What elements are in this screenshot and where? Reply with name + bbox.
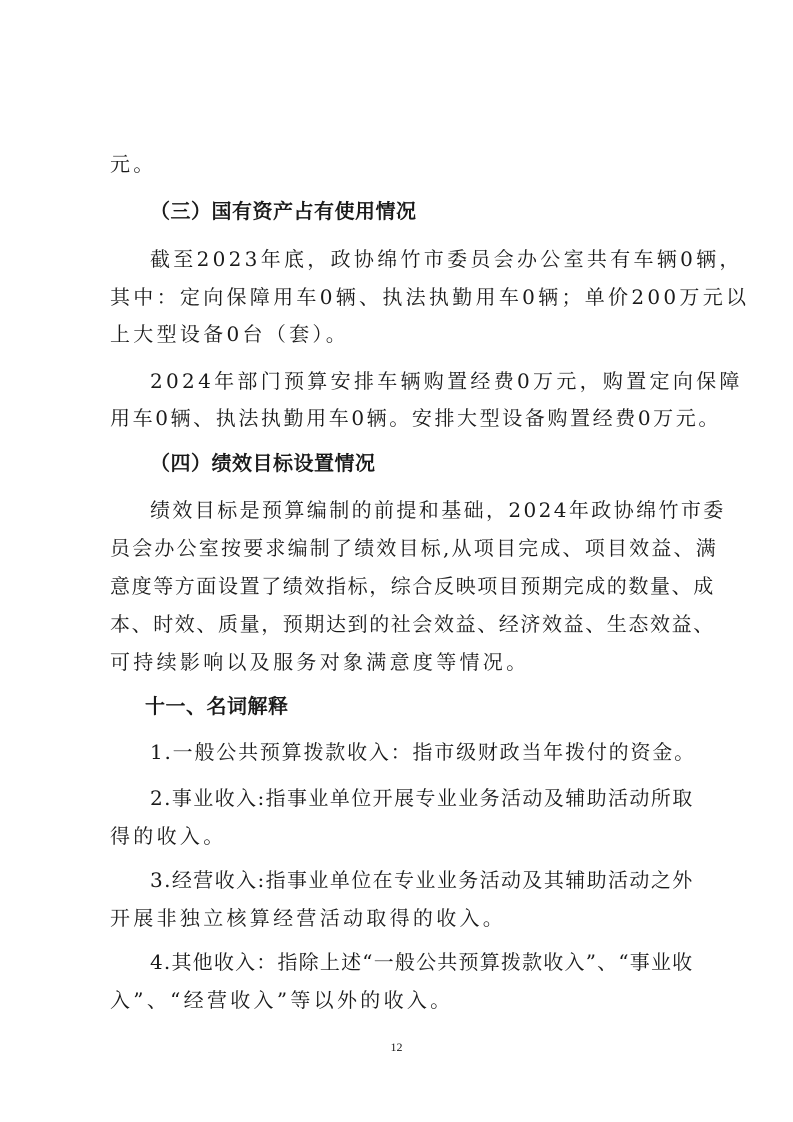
body-text-line: 其中：定向保障用车0辆、执法执勤用车0辆；单价200万元以	[110, 285, 700, 309]
body-text-line: 可持续影响以及服务对象满意度等情况。	[110, 650, 700, 674]
page-number: 12	[0, 1040, 793, 1055]
glossary-item-4-cont: 入”、“经营收入”等以外的收入。	[110, 988, 700, 1012]
body-text-line: 上大型设备0台（套）。	[110, 322, 700, 346]
glossary-item-4: 4.其他收入：指除上述“一般公共预算拨款收入”、“事业收	[150, 950, 700, 974]
body-text-line: 截至2023年底，政协绵竹市委员会办公室共有车辆0辆，	[150, 247, 700, 271]
chapter-heading-glossary: 十一、名词解释	[145, 694, 735, 718]
glossary-item-2: 2.事业收入:指事业单位开展专业业务活动及辅助活动所取	[150, 786, 700, 810]
body-text-line: 员会办公室按要求编制了绩效目标,从项目完成、项目效益、满	[110, 536, 700, 560]
glossary-item-2-cont: 得的收入。	[110, 824, 700, 848]
document-page: 元。 （三）国有资产占有使用情况 截至2023年底，政协绵竹市委员会办公室共有车…	[0, 0, 793, 1122]
body-text-line: 用车0辆、执法执勤用车0辆。安排大型设备购置经费0万元。	[110, 406, 700, 430]
section-heading-state-assets: （三）国有资产占有使用情况	[150, 199, 740, 223]
body-text-line: 本、时效、质量，预期达到的社会效益、经济效益、生态效益、	[110, 612, 700, 636]
glossary-item-3-cont: 开展非独立核算经营活动取得的收入。	[110, 906, 700, 930]
glossary-item-3: 3.经营收入:指事业单位在专业业务活动及其辅助活动之外	[150, 868, 700, 892]
body-text-line: 元。	[110, 152, 700, 176]
section-heading-performance-goals: （四）绩效目标设置情况	[150, 451, 740, 475]
body-text-line: 绩效目标是预算编制的前提和基础，2024年政协绵竹市委	[150, 498, 700, 522]
glossary-item-1: 1.一般公共预算拨款收入：指市级财政当年拨付的资金。	[150, 740, 700, 764]
body-text-line: 2024年部门预算安排车辆购置经费0万元，购置定向保障	[150, 369, 700, 393]
body-text-line: 意度等方面设置了绩效指标，综合反映项目预期完成的数量、成	[110, 574, 700, 598]
